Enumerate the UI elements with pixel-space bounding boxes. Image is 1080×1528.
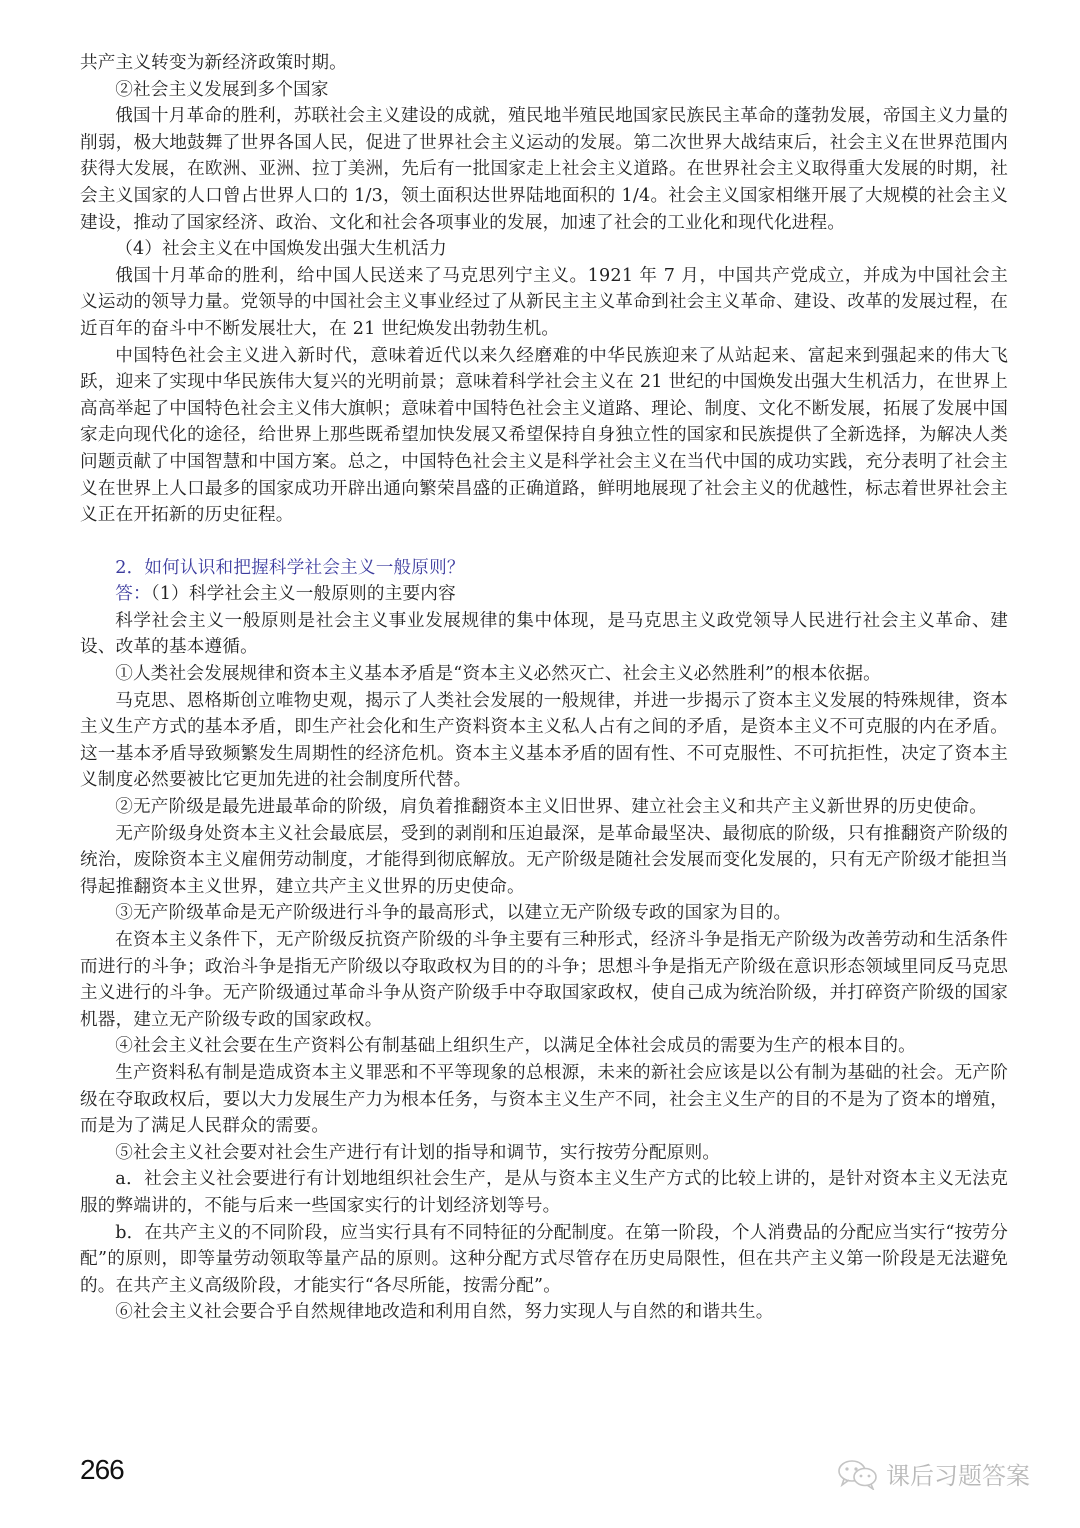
- page-number: 266: [80, 1454, 124, 1486]
- paragraph: 中国特色社会主义进入新时代，意味着近代以来久经磨难的中华民族迎来了从站起来、富起…: [80, 343, 1008, 529]
- question-heading: 2．如何认识和把握科学社会主义一般原则？: [80, 555, 1008, 582]
- paragraph: 俄国十月革命的胜利，给中国人民送来了马克思列宁主义。1921 年 7 月，中国共…: [80, 263, 1008, 343]
- paragraph: 俄国十月革命的胜利，苏联社会主义建设的成就，殖民地半殖民地国家民族民主革命的蓬勃…: [80, 103, 1008, 236]
- paragraph: 在资本主义条件下，无产阶级反抗资产阶级的斗争主要有三种形式，经济斗争是指无产阶级…: [80, 927, 1008, 1033]
- paragraph: a．社会主义社会要进行有计划地组织社会生产，是从与资本主义生产方式的比较上讲的，…: [80, 1166, 1008, 1219]
- paragraph: 马克思、恩格斯创立唯物史观，揭示了人类社会发展的一般规律，并进一步揭示了资本主义…: [80, 688, 1008, 794]
- paragraph: 科学社会主义一般原则是社会主义事业发展规律的集中体现，是马克思主义政党领导人民进…: [80, 608, 1008, 661]
- answer-heading: 答：（1）科学社会主义一般原则的主要内容: [80, 581, 1008, 608]
- wechat-icon: [836, 1458, 880, 1490]
- watermark-text: 课后习题答案: [886, 1456, 1030, 1491]
- principle-heading: ①人类社会发展规律和资本主义基本矛盾是“资本主义必然灭亡、社会主义必然胜利”的根…: [80, 661, 1008, 688]
- principle-heading: ⑥社会主义社会要合乎自然规律地改造和利用自然，努力实现人与自然的和谐共生。: [80, 1299, 1008, 1326]
- document-page: 共产主义转变为新经济政策时期。 ②社会主义发展到多个国家 俄国十月革命的胜利，苏…: [80, 50, 1008, 1326]
- paragraph: 生产资料私有制是造成资本主义罪恶和不平等现象的总根源，未来的新社会应该是以公有制…: [80, 1060, 1008, 1140]
- spacer: [80, 529, 1008, 555]
- paragraph: 无产阶级身处资本主义社会最底层，受到的剥削和压迫最深，是革命最坚决、最彻底的阶级…: [80, 821, 1008, 901]
- watermark: 课后习题答案: [836, 1456, 1030, 1491]
- paragraph: 共产主义转变为新经济政策时期。: [80, 50, 1008, 77]
- answer-subheading: （1）科学社会主义一般原则的主要内容: [151, 584, 456, 604]
- paragraph: b．在共产主义的不同阶段，应当实行具有不同特征的分配制度。在第一阶段，个人消费品…: [80, 1220, 1008, 1300]
- section-heading: （4）社会主义在中国焕发出强大生机活力: [80, 236, 1008, 263]
- principle-heading: ④社会主义社会要在生产资料公有制基础上组织生产，以满足全体社会成员的需要为生产的…: [80, 1033, 1008, 1060]
- principle-heading: ②无产阶级是最先进最革命的阶级，肩负着推翻资本主义旧世界、建立社会主义和共产主义…: [80, 794, 1008, 821]
- answer-label: 答：: [115, 584, 151, 604]
- subsection-heading: ②社会主义发展到多个国家: [80, 77, 1008, 104]
- principle-heading: ③无产阶级革命是无产阶级进行斗争的最高形式，以建立无产阶级专政的国家为目的。: [80, 900, 1008, 927]
- principle-heading: ⑤社会主义社会要对社会生产进行有计划的指导和调节，实行按劳分配原则。: [80, 1140, 1008, 1167]
